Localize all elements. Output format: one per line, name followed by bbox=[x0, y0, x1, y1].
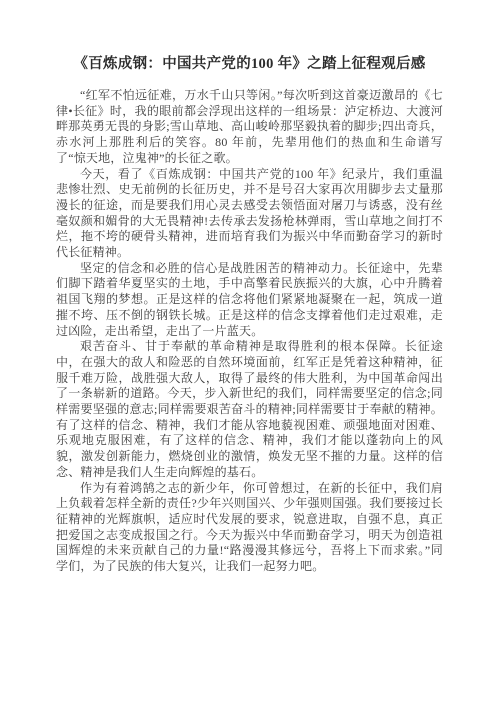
document-page: 《百炼成钢：中国共产党的100 年》之踏上征程观后感 “红军不怕远征难，万水千山… bbox=[0, 0, 500, 707]
paragraph-2: 今天，看了《百炼成钢：中国共产党的100 年》纪录片，我们重温悲惨壮烈、史无前例… bbox=[56, 167, 443, 261]
document-title: 《百炼成钢：中国共产党的100 年》之踏上征程观后感 bbox=[56, 54, 443, 75]
paragraph-4: 艰苦奋斗、甘于奉献的革命精神是取得胜利的根本保障。长征途中，在强大的敌人和险恶的… bbox=[56, 339, 443, 480]
paragraph-5: 作为有着鸿鹄之志的新少年，你可曾想过，在新的长征中，我们肩上负载着怎样全新的责任… bbox=[56, 481, 443, 575]
paragraph-3: 坚定的信念和必胜的信心是战胜困苦的精神动力。长征途中，先辈们脚下踏着华夏坚实的土… bbox=[56, 261, 443, 340]
paragraph-1: “红军不怕远征难，万水千山只等闲。”每次听到这首豪迈激昂的《七律•长征》时，我的… bbox=[56, 88, 443, 167]
